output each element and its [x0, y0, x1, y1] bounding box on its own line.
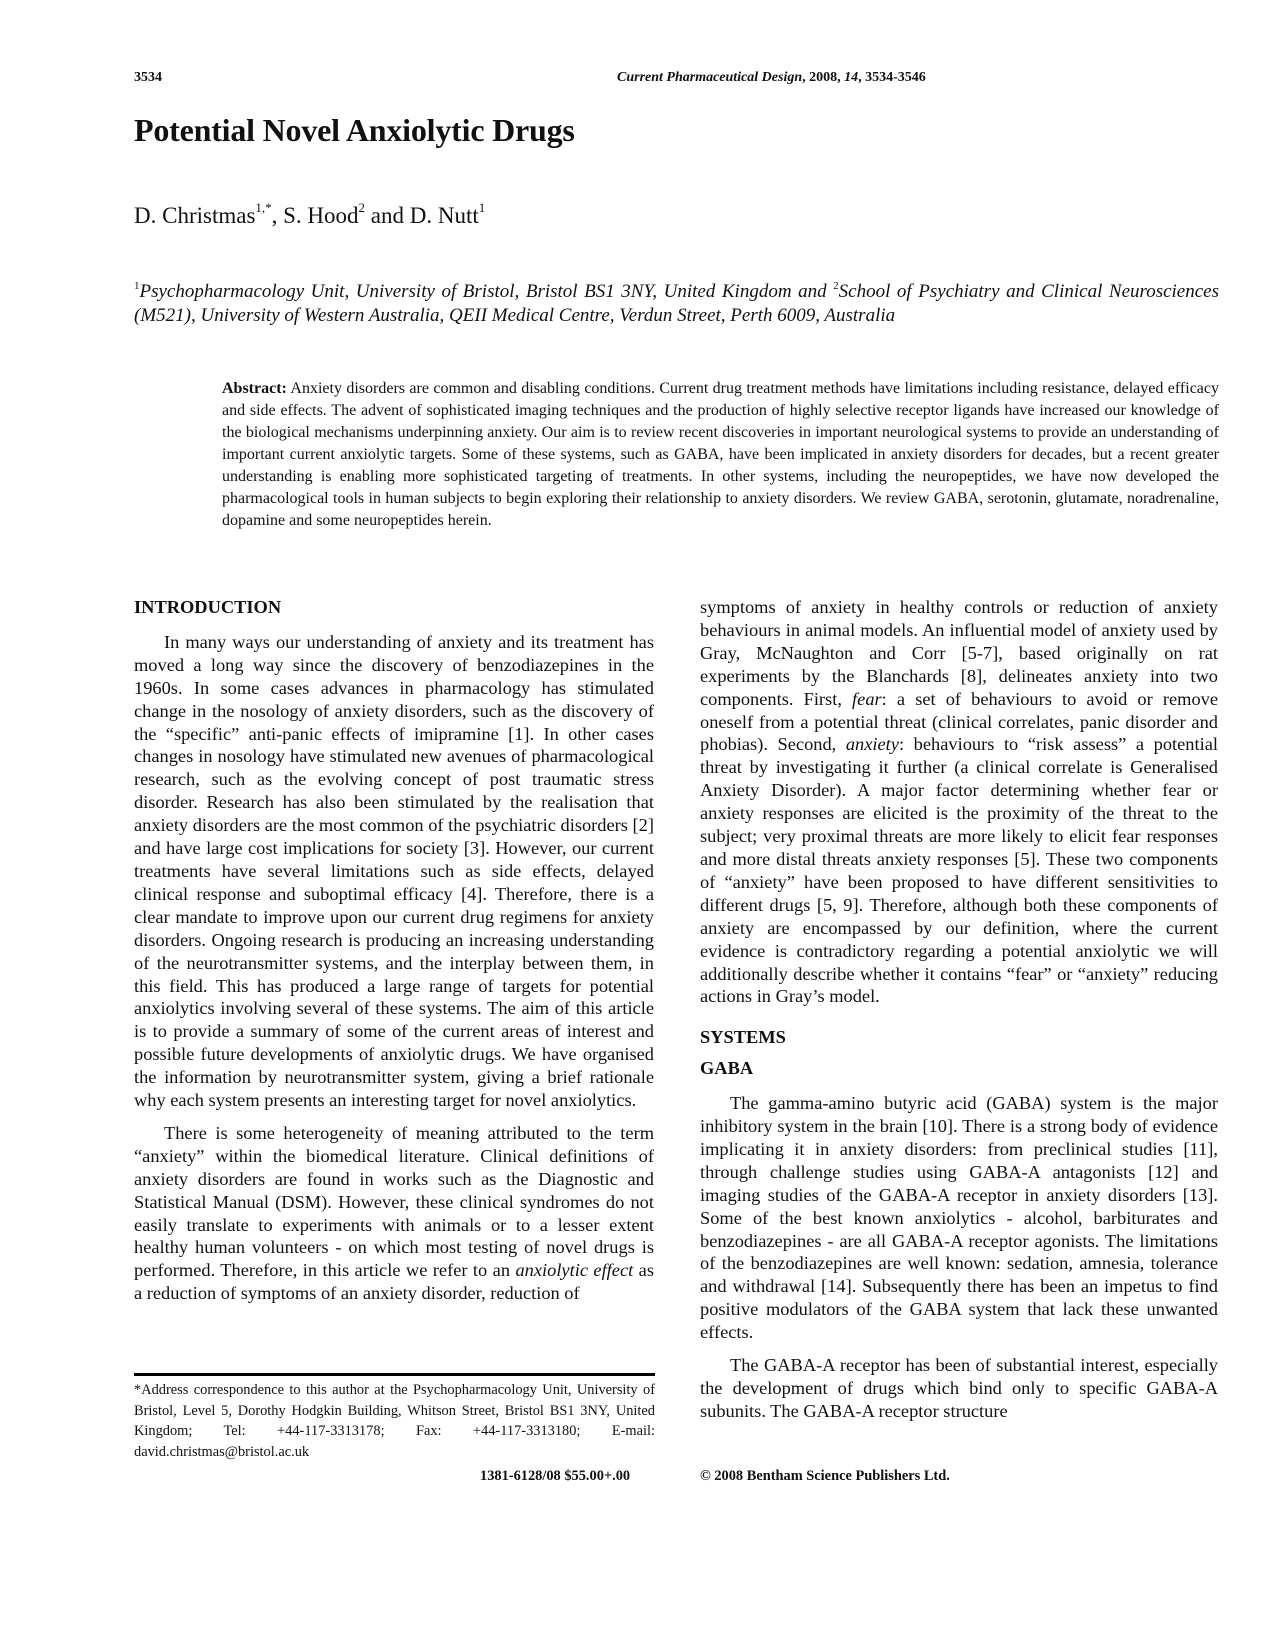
journal-pages: 3534-3546	[865, 70, 926, 85]
correspondence-footnote: *Address correspondence to this author a…	[134, 1380, 655, 1462]
journal-citation: Current Pharmaceutical Design, 2008, 14,…	[617, 70, 926, 86]
paragraph: symptoms of anxiety in healthy controls …	[700, 596, 1218, 1008]
paragraph: The GABA-A receptor has been of substant…	[700, 1354, 1218, 1423]
author-name: S. Hood	[283, 203, 358, 228]
author-list: D. Christmas1,*, S. Hood2 and D. Nutt1	[134, 203, 485, 229]
author-name: D. Christmas	[134, 203, 255, 228]
emphasis: anxiolytic effect	[515, 1260, 633, 1280]
left-column: INTRODUCTION In many ways our understand…	[134, 596, 654, 1305]
journal-name: Current Pharmaceutical Design	[617, 70, 802, 85]
paragraph: The gamma-amino butyric acid (GABA) syst…	[700, 1092, 1218, 1344]
paragraph-text: : behaviours to “risk assess” a potentia…	[700, 734, 1218, 1006]
footnote-divider	[134, 1373, 655, 1376]
paragraph-text: There is some heterogeneity of meaning a…	[134, 1123, 654, 1280]
copyright-notice: © 2008 Bentham Science Publishers Ltd.	[700, 1468, 950, 1485]
page-number: 3534	[134, 70, 162, 86]
affiliation-1: Psychopharmacology Unit, University of B…	[140, 281, 834, 302]
subsection-heading-gaba: GABA	[700, 1057, 1218, 1080]
affiliations: 1Psychopharmacology Unit, University of …	[134, 280, 1219, 328]
right-column: symptoms of anxiety in healthy controls …	[700, 596, 1218, 1423]
running-head: 3534 Current Pharmaceutical Design, 2008…	[134, 70, 1219, 90]
paragraph: In many ways our understanding of anxiet…	[134, 631, 654, 1112]
section-heading-introduction: INTRODUCTION	[134, 596, 654, 619]
emphasis: anxiety	[846, 734, 899, 754]
author-affiliation-marker: 1	[479, 200, 486, 215]
abstract-text: Anxiety disorders are common and disabli…	[222, 380, 1219, 529]
emphasis: fear	[852, 689, 882, 709]
section-heading-systems: SYSTEMS	[700, 1026, 1218, 1049]
author-name: D. Nutt	[410, 203, 479, 228]
abstract: Abstract: Anxiety disorders are common a…	[222, 378, 1219, 532]
author-separator: and	[365, 203, 410, 228]
author-separator: ,	[272, 203, 284, 228]
article-title: Potential Novel Anxiolytic Drugs	[134, 112, 575, 149]
issn-price: 1381-6128/08 $55.00+.00	[480, 1468, 630, 1485]
paragraph: There is some heterogeneity of meaning a…	[134, 1122, 654, 1305]
journal-volume: 14	[844, 70, 858, 85]
journal-year: 2008	[809, 70, 837, 85]
abstract-label: Abstract:	[222, 380, 287, 397]
author-affiliation-marker: 1,*	[255, 200, 271, 215]
